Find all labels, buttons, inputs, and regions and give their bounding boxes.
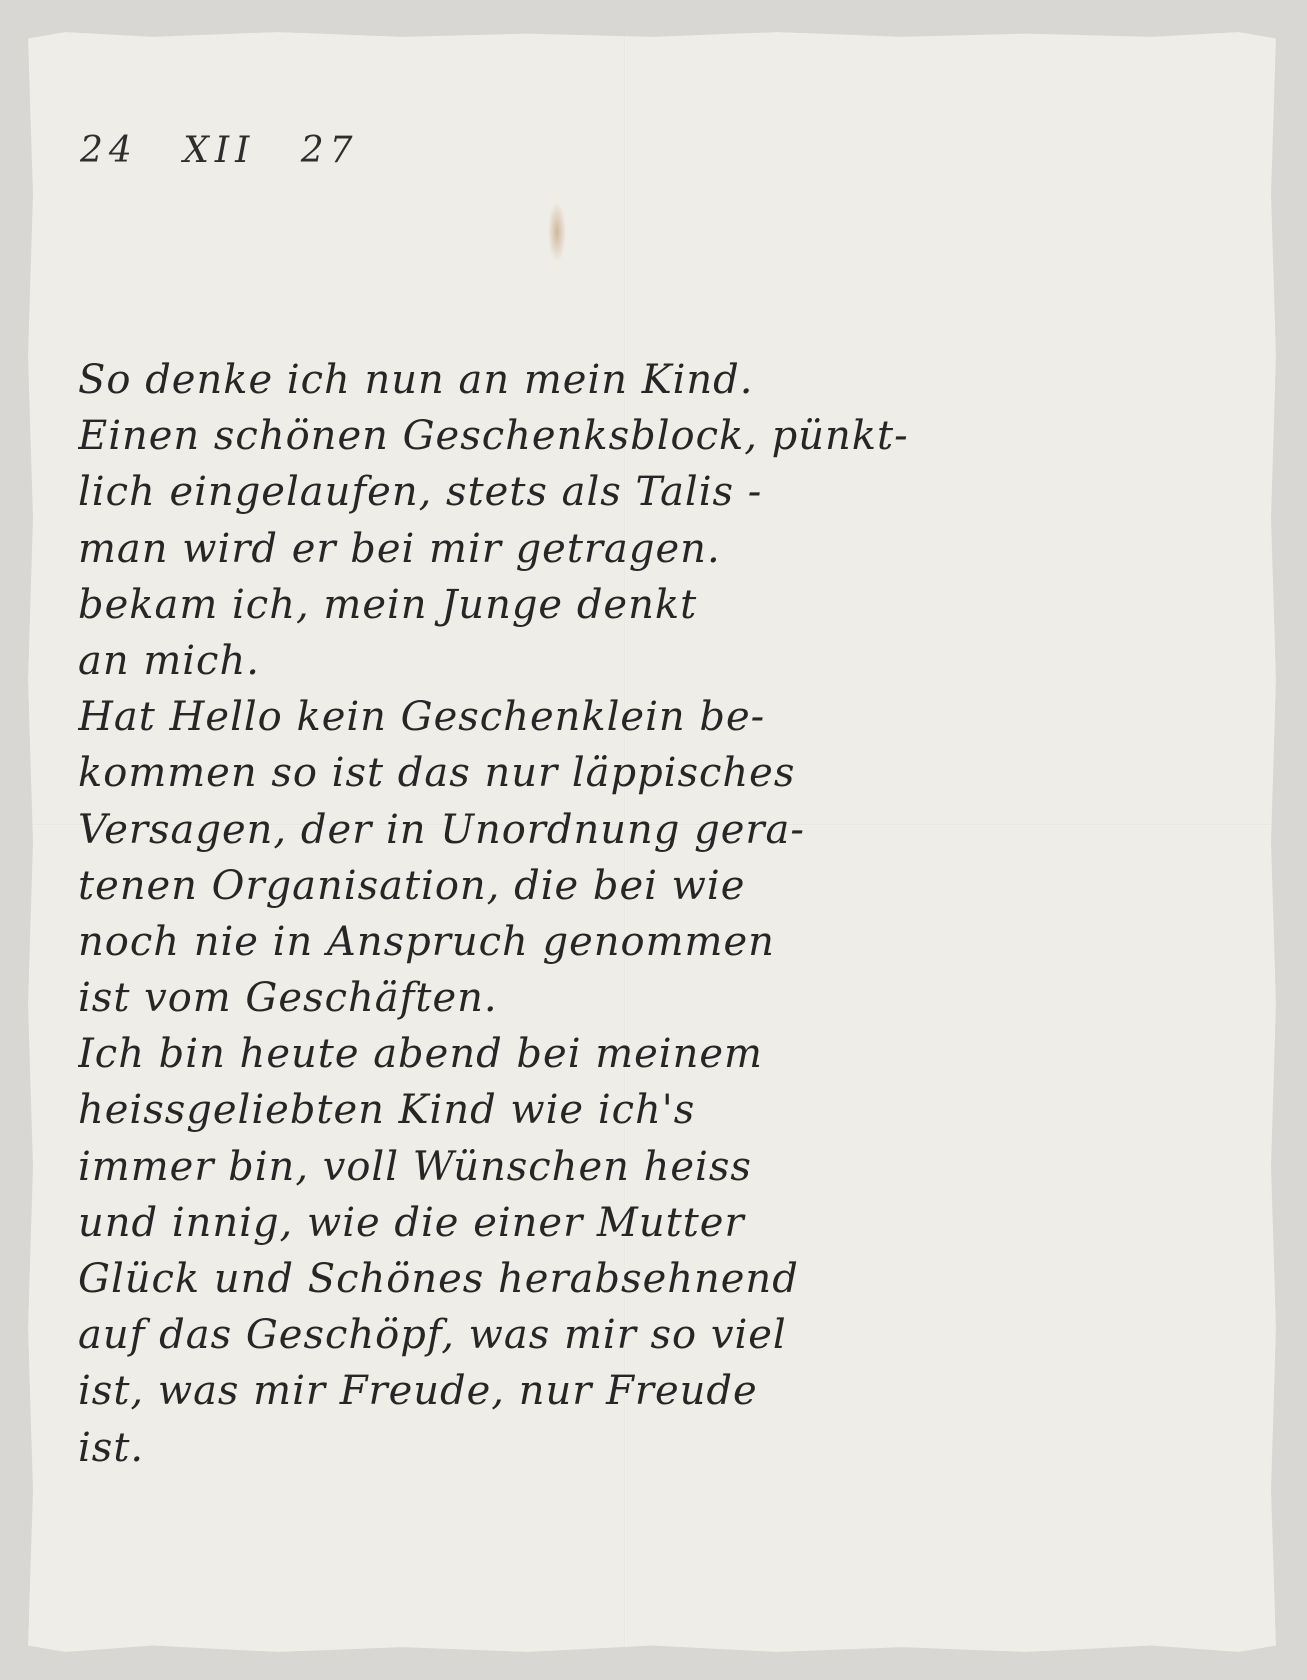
letter-body: So denke ich nun an mein Kind. Einen sch… <box>78 352 1238 1476</box>
letter-date: 24 XII 27 <box>80 130 359 171</box>
letter-line: tenen Organisation, die bei wie <box>78 858 1238 914</box>
letter-line: man wird er bei mir getragen. <box>78 521 1238 577</box>
letter-line: bekam ich, mein Junge denkt <box>78 577 1238 633</box>
letter-line: auf das Geschöpf, was mir so viel <box>78 1307 1238 1363</box>
letter-line: Hat Hello kein Geschenklein be- <box>78 689 1238 745</box>
letter-line: Glück und Schönes herabsehnend <box>78 1251 1238 1307</box>
letter-line: Einen schönen Geschenksblock, pünkt- <box>78 408 1238 464</box>
letter-line: noch nie in Anspruch genommen <box>78 914 1238 970</box>
letter-page: 24 XII 27 So denke ich nun an mein Kind.… <box>28 32 1276 1652</box>
paper-stain <box>548 202 566 262</box>
letter-line: lich eingelaufen, stets als Talis - <box>78 464 1238 520</box>
letter-line: Versagen, der in Unordnung gera- <box>78 802 1238 858</box>
letter-line: kommen so ist das nur läppisches <box>78 745 1238 801</box>
letter-line: Ich bin heute abend bei meinem <box>78 1026 1238 1082</box>
letter-line: und innig, wie die einer Mutter <box>78 1195 1238 1251</box>
letter-line: ist, was mir Freude, nur Freude <box>78 1363 1238 1419</box>
letter-line: ist vom Geschäften. <box>78 970 1238 1026</box>
letter-line: ist. <box>78 1420 1238 1476</box>
letter-line: immer bin, voll Wünschen heiss <box>78 1139 1238 1195</box>
letter-line: So denke ich nun an mein Kind. <box>78 352 1238 408</box>
letter-line: heissgeliebten Kind wie ich's <box>78 1082 1238 1138</box>
letter-line: an mich. <box>78 633 1238 689</box>
